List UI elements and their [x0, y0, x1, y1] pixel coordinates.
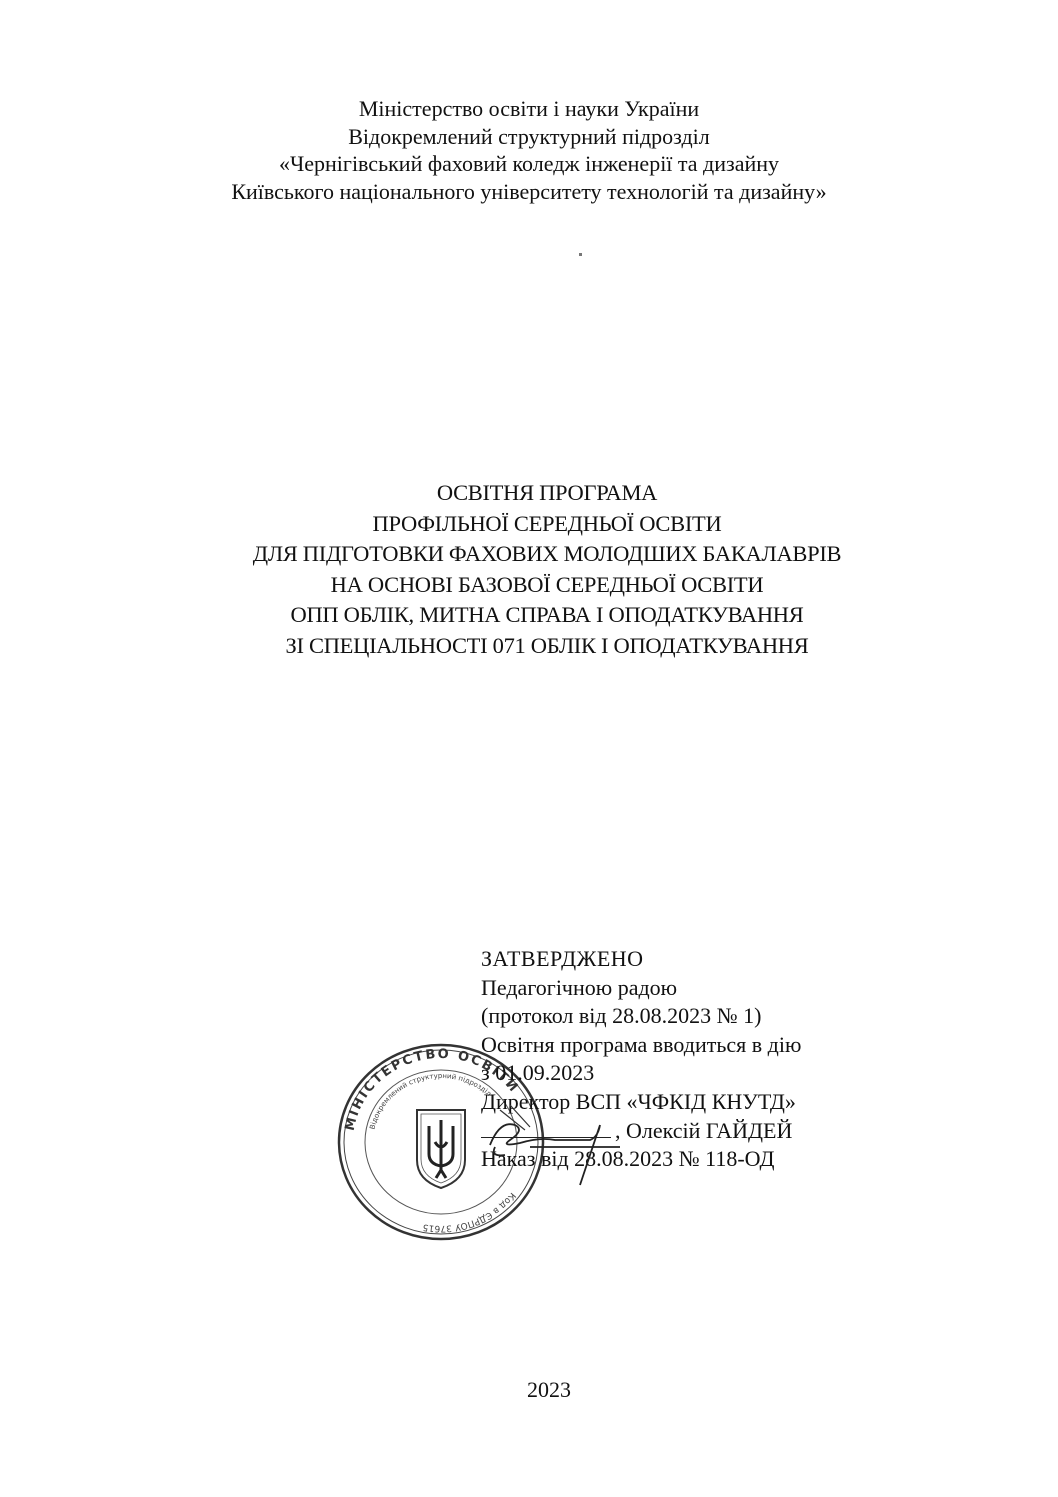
order-reference: Наказ від 28.08.2023 № 118-ОД	[481, 1145, 801, 1174]
title-line-3: ДЛЯ ПІДГОТОВКИ ФАХОВИХ МОЛОДШИХ БАКАЛАВР…	[0, 539, 1058, 570]
director-name: Олексій ГАЙДЕЙ	[626, 1118, 792, 1143]
approval-effective: Освітня програма вводиться в дію	[481, 1031, 801, 1060]
svg-text:Код в ЄДРПОУ 37615: Код в ЄДРПОУ 37615	[422, 1190, 517, 1233]
director-title: Директор ВСП «ЧФКІД КНУТД»	[481, 1088, 801, 1117]
approval-body: Педагогічною радою	[481, 974, 801, 1003]
svg-text:Відокремлений структурний підр: Відокремлений структурний підрозділ	[368, 1072, 492, 1130]
title-line-5: ОПП ОБЛІК, МИТНА СПРАВА І ОПОДАТКУВАННЯ	[0, 600, 1058, 631]
university-name-line: Київського національного університету те…	[0, 178, 1058, 206]
document-year: 2023	[0, 1377, 1058, 1403]
approval-heading: ЗАТВЕРДЖЕНО	[481, 945, 801, 974]
program-title: ОСВІТНЯ ПРОГРАМА ПРОФІЛЬНОЇ СЕРЕДНЬОЇ ОС…	[0, 478, 1058, 661]
scan-speck	[579, 253, 582, 256]
document-page: Міністерство освіти і науки України Відо…	[0, 0, 1058, 1497]
college-name-line: «Чернігівський фаховий коледж інженерії …	[0, 150, 1058, 178]
director-signature-line: , Олексій ГАЙДЕЙ	[481, 1117, 801, 1146]
title-line-2: ПРОФІЛЬНОЇ СЕРЕДНЬОЇ ОСВІТИ	[0, 509, 1058, 540]
ministry-line: Міністерство освіти і науки України	[0, 95, 1058, 123]
title-line-6: ЗІ СПЕЦІАЛЬНОСТІ 071 ОБЛІК І ОПОДАТКУВАН…	[0, 631, 1058, 662]
title-line-1: ОСВІТНЯ ПРОГРАМА	[0, 478, 1058, 509]
approval-protocol: (протокол від 28.08.2023 № 1)	[481, 1002, 801, 1031]
title-line-4: НА ОСНОВІ БАЗОВОЇ СЕРЕДНЬОЇ ОСВІТИ	[0, 570, 1058, 601]
approval-block: ЗАТВЕРДЖЕНО Педагогічною радою (протокол…	[481, 945, 801, 1174]
approval-effective-date: з 01.09.2023	[481, 1059, 801, 1088]
signature-separator: ,	[615, 1118, 621, 1143]
signature-blank	[481, 1137, 611, 1138]
institution-header: Міністерство освіти і науки України Відо…	[0, 95, 1058, 205]
subdivision-line: Відокремлений структурний підрозділ	[0, 123, 1058, 151]
